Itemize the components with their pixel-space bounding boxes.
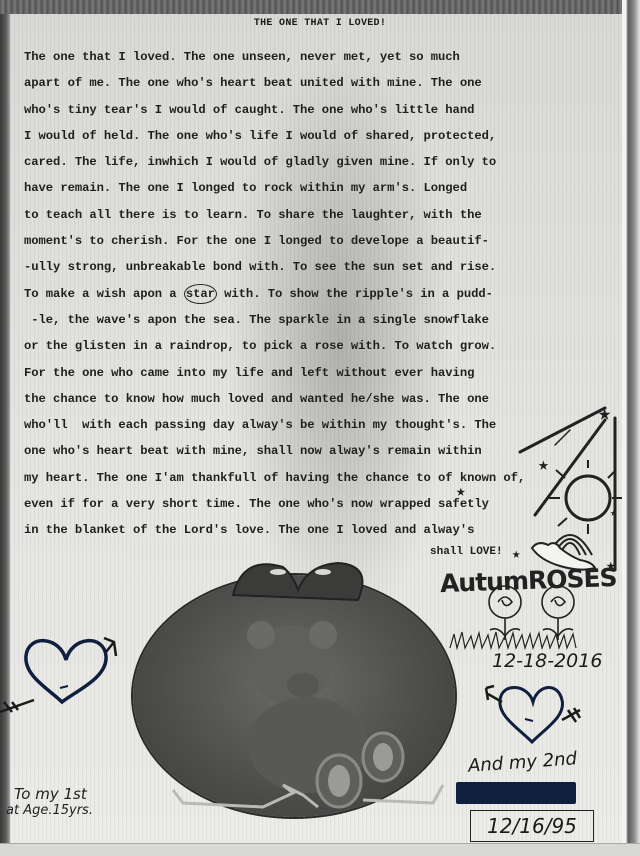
date-bottom-boxed: 12/16/95 <box>470 810 594 842</box>
redaction-bar <box>456 782 576 804</box>
poem-line: The one that I loved. The one unseen, ne… <box>24 44 525 70</box>
poem-title: THE ONE THAT I LOVED! <box>0 18 640 29</box>
poem-line: or the glisten in a raindrop, to pick a … <box>24 333 525 359</box>
signature-autum-roses: AutumROSES <box>440 563 617 598</box>
poem-line: -le, the wave's apon the sea. The sparkl… <box>24 307 525 333</box>
poem-line: apart of me. The one who's heart beat un… <box>24 70 525 96</box>
poem-line: to teach all there is to learn. To share… <box>24 202 525 228</box>
poem-line: who's tiny tear's I would of caught. The… <box>24 97 525 123</box>
poem-line: I would of held. The one who's life I wo… <box>24 123 525 149</box>
scan-edge-bottom <box>0 843 640 856</box>
heart-arrow-right-icon <box>480 680 590 750</box>
star-icon: ★ <box>598 402 611 427</box>
star-icon: ★ <box>538 456 549 476</box>
poem-line: cared. The life, inwhich I would of glad… <box>24 149 525 175</box>
scan-edge-top <box>0 0 640 14</box>
poem-line: For the one who came into my life and le… <box>24 360 525 386</box>
note-to-my-1st: To my 1st <box>14 785 87 803</box>
date-top: 12-18-2016 <box>492 650 602 672</box>
star-icon: ★ <box>456 483 466 501</box>
scanned-page: THE ONE THAT I LOVED! The one that I lov… <box>0 0 640 856</box>
poem-line: To make a wish apon a star with. To show… <box>24 281 525 307</box>
circled-word: star <box>184 284 217 304</box>
poem-line: have remain. The one I longed to rock wi… <box>24 175 525 201</box>
poem-line: -ully strong, unbreakable bond with. To … <box>24 254 525 280</box>
note-age: at Age.15yrs. <box>6 803 93 818</box>
heart-arrow-left-icon <box>0 630 125 725</box>
poem-line: moment's to cherish. For the one I longe… <box>24 228 525 254</box>
teddy-bear-drawing <box>133 545 455 817</box>
star-icon: ★ <box>610 506 617 520</box>
doodle-cluster: ★ ★ ★ ★ ★ ★ <box>420 390 640 650</box>
star-icon: ★ <box>512 547 521 563</box>
sun-icon <box>548 460 622 534</box>
